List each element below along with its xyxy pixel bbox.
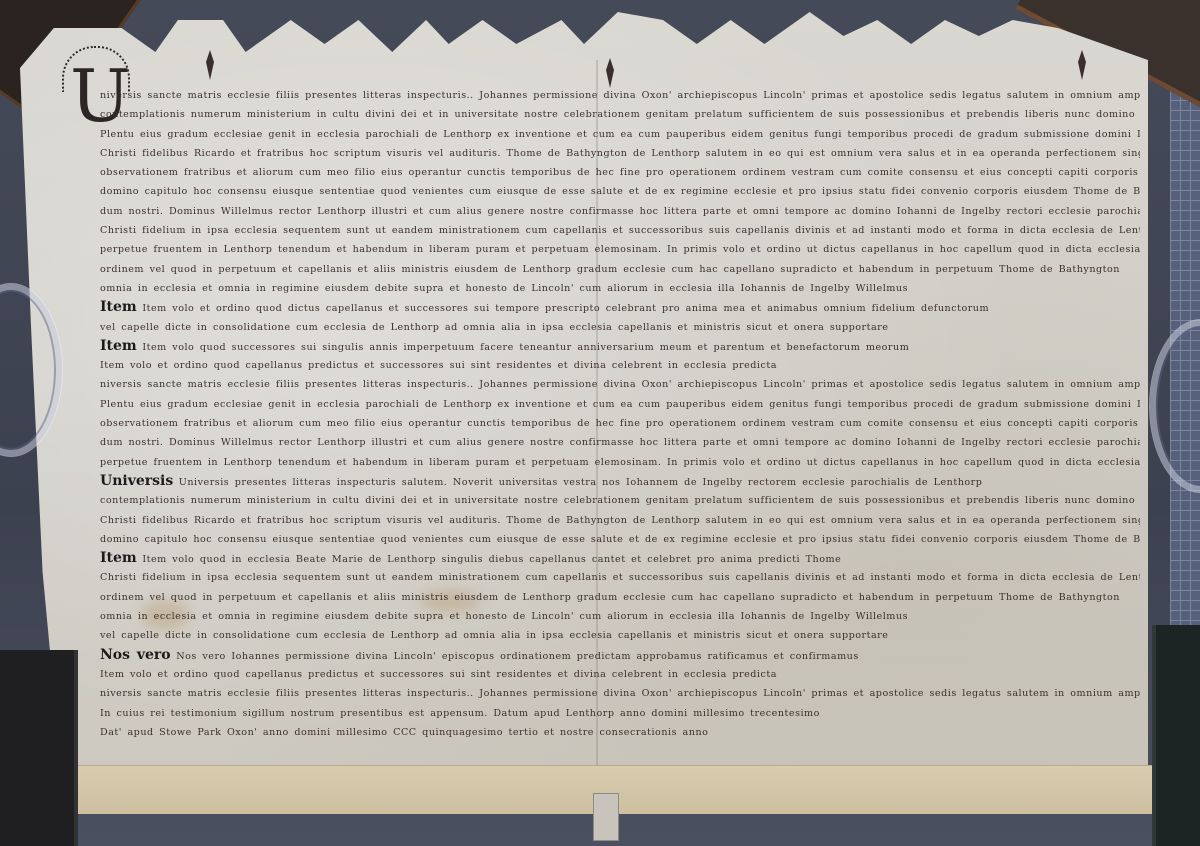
text-line: Item Item volo quod in ecclesia Beate Ma…: [100, 549, 1140, 568]
display-case-block-right: [1152, 625, 1200, 846]
text-line: Item volo et ordino quod capellanus pred…: [100, 356, 1140, 375]
rubric-universis: Universis: [100, 473, 173, 489]
text-line: Plentu eius gradum ecclesiae genit in ec…: [100, 395, 1140, 414]
text-line: Universis Universis presentes litteras i…: [100, 472, 1140, 491]
text-line: ordinem vel quod in perpetuum et capella…: [100, 260, 1140, 279]
text-line: Christi fidelibus Ricardo et fratribus h…: [100, 511, 1140, 530]
rubric-item: Item: [100, 338, 137, 354]
text-line: Dat' apud Stowe Park Oxon' anno domini m…: [100, 723, 1140, 742]
text-line: In cuius rei testimonium sigillum nostru…: [100, 704, 1140, 723]
text-line: Item Item volo quod successores sui sing…: [100, 337, 1140, 356]
text-line: Christi fidelium in ipsa ecclesia sequen…: [100, 568, 1140, 587]
text-line: Item volo et ordino quod capellanus pred…: [100, 665, 1140, 684]
rubric-nos-vero: Nos vero: [100, 647, 171, 663]
text-line: niversis sancte matris ecclesie filiis p…: [100, 86, 1140, 105]
text-line: observationem fratribus et aliorum cum m…: [100, 163, 1140, 182]
rubric-item: Item: [100, 550, 137, 566]
display-case-block-left: [0, 650, 78, 846]
text-line: Christi fidelibus Ricardo et fratribus h…: [100, 144, 1140, 163]
text-line: vel capelle dicte in consolidatione cum …: [100, 318, 1140, 337]
rubric-item: Item: [100, 299, 137, 315]
text-line: Nos vero Nos vero Iohannes permissione d…: [100, 646, 1140, 665]
text-line: observationem fratribus et aliorum cum m…: [100, 414, 1140, 433]
text-line: contemplationis numerum ministerium in c…: [100, 491, 1140, 510]
text-line: domino capitulo hoc consensu eiusque sen…: [100, 182, 1140, 201]
text-line: perpetue fruentem in Lenthorp tenendum e…: [100, 453, 1140, 472]
text-line: contemplationis numerum ministerium in c…: [100, 105, 1140, 124]
text-line: dum nostri. Dominus Willelmus rector Len…: [100, 433, 1140, 452]
text-line: niversis sancte matris ecclesie filiis p…: [100, 684, 1140, 703]
text-line: domino capitulo hoc consensu eiusque sen…: [100, 530, 1140, 549]
charter-text: niversis sancte matris ecclesie filiis p…: [100, 86, 1140, 742]
text-line: Plentu eius gradum ecclesiae genit in ec…: [100, 125, 1140, 144]
parchment-seal-tag: [593, 793, 619, 841]
text-line: omnia in ecclesia et omnia in regimine e…: [100, 607, 1140, 626]
text-line: perpetue fruentem in Lenthorp tenendum e…: [100, 240, 1140, 259]
text-line: niversis sancte matris ecclesie filiis p…: [100, 375, 1140, 394]
text-line: omnia in ecclesia et omnia in regimine e…: [100, 279, 1140, 298]
text-line: ordinem vel quod in perpetuum et capella…: [100, 588, 1140, 607]
text-line: Christi fidelium in ipsa ecclesia sequen…: [100, 221, 1140, 240]
text-line: dum nostri. Dominus Willelmus rector Len…: [100, 202, 1140, 221]
text-line: vel capelle dicte in consolidatione cum …: [100, 626, 1140, 645]
text-line: Item Item volo et ordino quod dictus cap…: [100, 298, 1140, 317]
